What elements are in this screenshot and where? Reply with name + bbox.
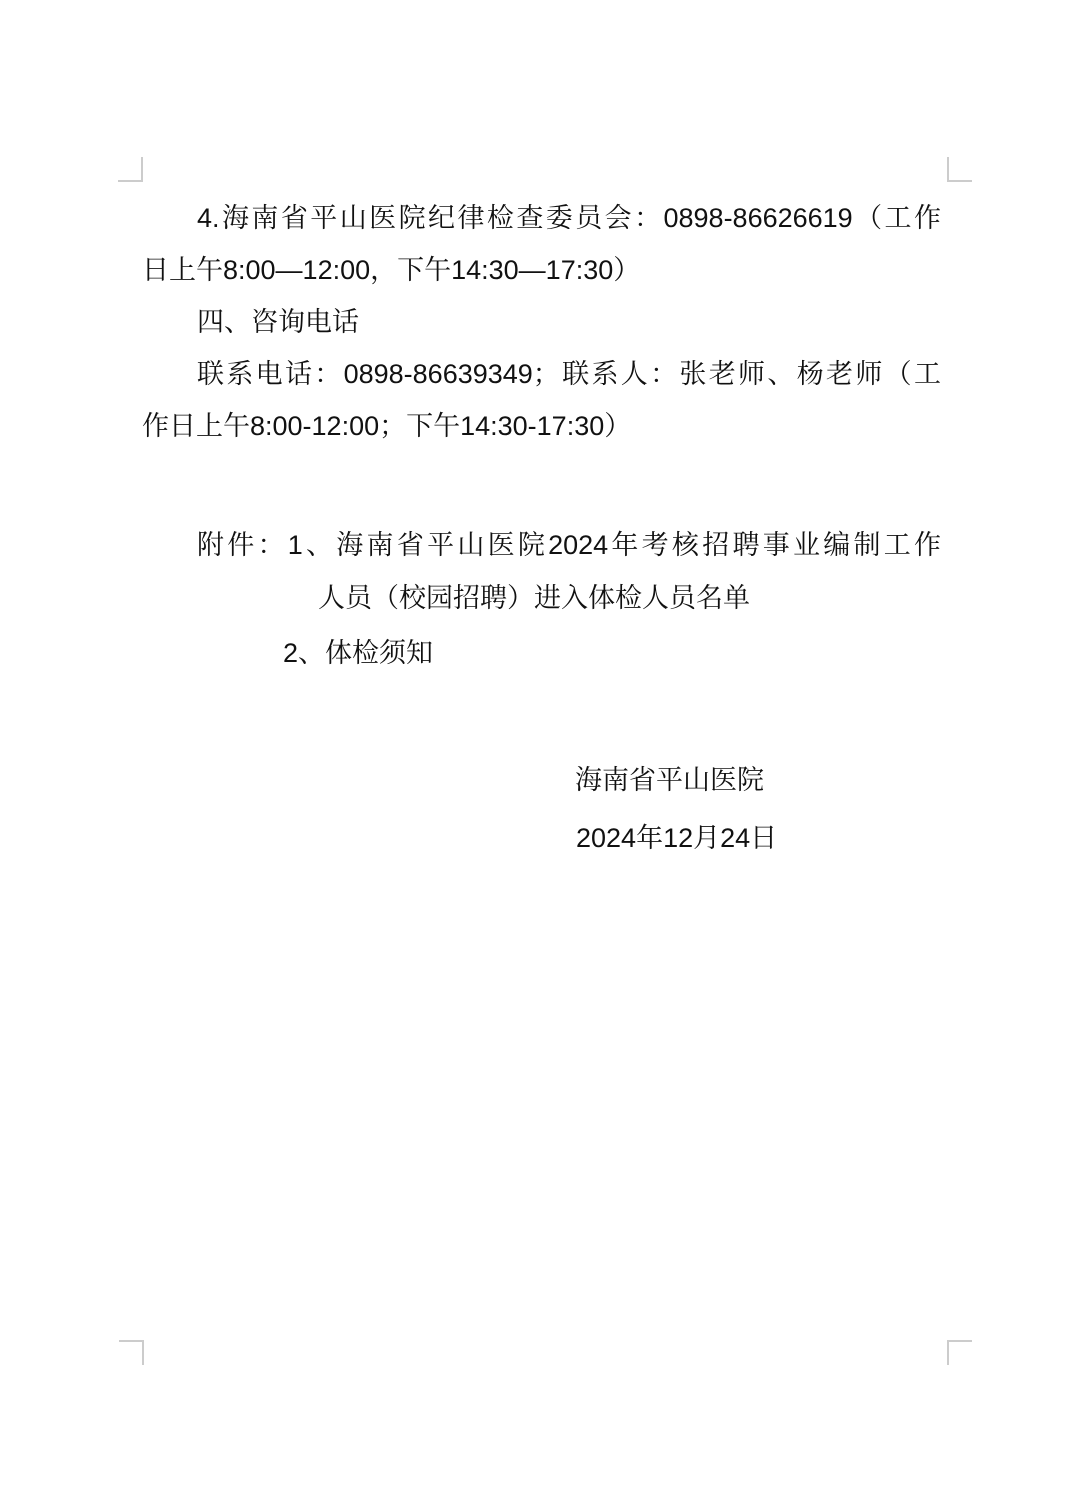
crop-mark-bottom-left [119,1340,144,1365]
discipline-committee-phone-line-1: 4.海南省平山医院纪律检查委员会：0898-86626619（工作 [197,203,941,233]
contact-phone-line-2: 作日上午8:00-12:00；下午14:30-17:30） [142,411,631,441]
attachment-list-line-2: 人员（校园招聘）进入体检人员名单 [318,583,750,613]
contact-phone-line-1: 联系电话：0898-86639349；联系人：张老师、杨老师（工 [197,359,941,389]
signature-organization: 海南省平山医院 [575,765,764,795]
section-heading-consult-phone: 四、咨询电话 [197,307,359,337]
discipline-committee-phone-line-2: 日上午8:00—12:00，下午14:30—17:30） [142,255,640,285]
crop-mark-top-right [947,157,972,182]
crop-mark-top-left [118,157,143,182]
document-page: 4.海南省平山医院纪律检查委员会：0898-86626619（工作 日上午8:0… [0,0,1080,1488]
signature-date: 2024年12月24日 [576,823,777,853]
crop-mark-bottom-right [947,1340,972,1365]
attachment-list-line-3: 2、体检须知 [283,638,433,668]
attachment-list-line-1: 附件：1、海南省平山医院2024年考核招聘事业编制工作 [197,530,941,560]
